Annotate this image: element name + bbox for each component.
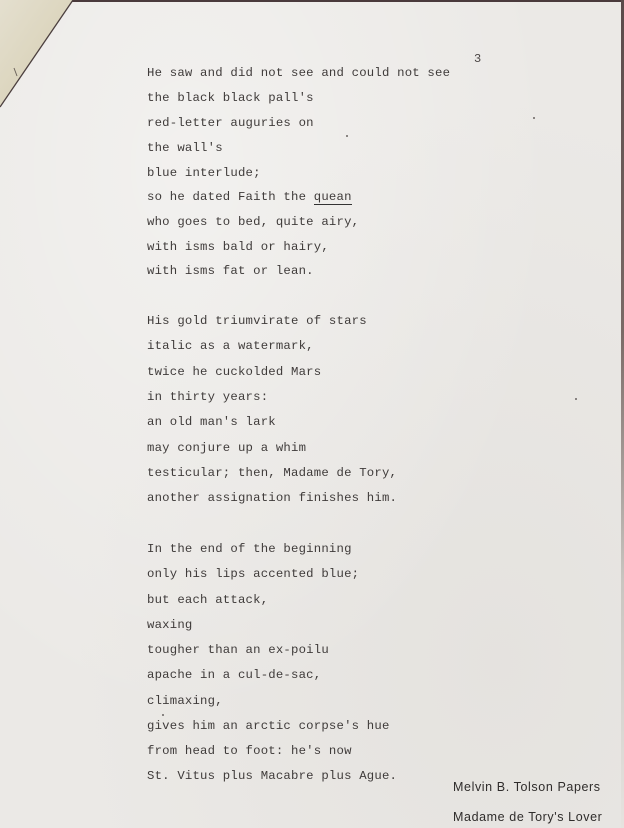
- poem-line: gives him an arctic corpse's hue: [147, 719, 390, 733]
- poem-line: apache in a cul-de-sac,: [147, 668, 321, 682]
- poem-line: testicular; then, Madame de Tory,: [147, 466, 397, 480]
- paper-speck: [533, 117, 535, 119]
- paper-speck: [162, 714, 164, 716]
- poem-line: an old man's lark: [147, 415, 276, 429]
- poem-line: italic as a watermark,: [147, 339, 314, 353]
- poem-line: from head to foot: he's now: [147, 744, 352, 758]
- poem-line: only his lips accented blue;: [147, 567, 359, 581]
- poem-line: another assignation finishes him.: [147, 491, 397, 505]
- paper-speck: [346, 135, 348, 137]
- poem-line: with isms fat or lean.: [147, 264, 314, 278]
- poem-line: the wall's: [147, 141, 223, 155]
- poem-line: He saw and did not see and could not see: [147, 66, 450, 80]
- poem-line: His gold triumvirate of stars: [147, 314, 367, 328]
- poem-line: but each attack,: [147, 593, 268, 607]
- title-caption: Madame de Tory's Lover: [453, 810, 602, 824]
- poem-line: In the end of the beginning: [147, 542, 352, 556]
- poem-line: climaxing,: [147, 694, 223, 708]
- poem-line: St. Vitus plus Macabre plus Ague.: [147, 769, 397, 783]
- poem-line: twice he cuckolded Mars: [147, 365, 321, 379]
- poem-line: in thirty years:: [147, 390, 268, 404]
- paper-speck: [575, 398, 577, 400]
- underlined-word: quean: [314, 190, 352, 205]
- poem-line-underlined: so he dated Faith the quean: [147, 190, 352, 204]
- poem-line: waxing: [147, 618, 192, 632]
- typescript-page: 3 He saw and did not see and could not s…: [0, 0, 624, 828]
- poem-line: the black black pall's: [147, 91, 314, 105]
- poem-line-prefix: so he dated Faith the: [147, 190, 314, 204]
- poem-body: He saw and did not see and could not see…: [0, 0, 624, 828]
- poem-line: tougher than an ex-poilu: [147, 643, 329, 657]
- poem-line: with isms bald or hairy,: [147, 240, 329, 254]
- poem-line: blue interlude;: [147, 166, 261, 180]
- poem-line: red-letter auguries on: [147, 116, 314, 130]
- poem-line: who goes to bed, quite airy,: [147, 215, 359, 229]
- poem-line: may conjure up a whim: [147, 441, 306, 455]
- collection-caption: Melvin B. Tolson Papers: [453, 780, 601, 794]
